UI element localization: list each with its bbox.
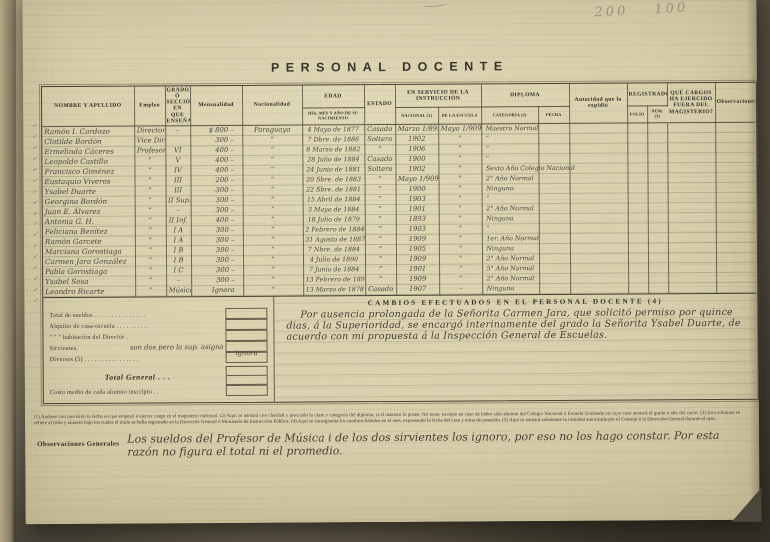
cell-value: 1906	[398, 145, 436, 154]
cell-serv_nac: 1901	[396, 264, 439, 274]
cell-serv_nac: 1903	[396, 224, 439, 234]
cell-value: Mayo 1/909	[441, 124, 479, 133]
cell-edad: 2 Febrero de 1884	[303, 225, 365, 235]
cell-estado: ”	[365, 244, 396, 254]
cell-value: ”	[246, 265, 301, 274]
cell-grado: VI	[165, 146, 190, 156]
cell-edad: 20 Sbre. de 1883	[302, 175, 364, 185]
summary-row: Diversos (5) . . . . . . . . . . . . . .…	[50, 353, 274, 365]
cell-value: Maestro Normal	[484, 124, 536, 133]
cell-mens: 300 –	[191, 275, 243, 285]
cell-serv_nac: 1905	[396, 244, 439, 254]
cell-folio	[627, 163, 647, 173]
cell-value: 300 –	[194, 266, 241, 275]
cell-value: ”	[484, 154, 536, 163]
cell-dip_cat: 5° Año Normal	[482, 263, 539, 273]
cell-mens: 300 –	[191, 205, 243, 215]
cell-value: $ 800 –	[193, 126, 240, 135]
col-header-grado: GRADO Ó SECCIÓN EN QUE ENSEÑA	[165, 86, 190, 125]
cell-num	[648, 283, 668, 293]
cell-name: Juan E. Álvarez	[43, 206, 135, 217]
cell-num	[648, 223, 668, 233]
cell-value: Marzo 1/895	[398, 125, 436, 134]
summary-value-box	[225, 319, 267, 330]
cell-value: ”	[484, 144, 536, 153]
cell-value: ”	[441, 154, 479, 163]
paper-edge-shade	[746, 0, 759, 520]
cell-mens: 400 –	[191, 215, 243, 225]
teacher-name: Francisco Giménez	[44, 166, 132, 176]
cell-aut	[570, 243, 628, 253]
cell-value: 1902	[398, 165, 436, 174]
cell-serv_esc: ”	[438, 144, 481, 154]
cell-serv_nac: 1909	[396, 274, 439, 284]
cell-value: 1902	[398, 135, 436, 144]
cell-serv_esc: ”	[439, 204, 482, 214]
cell-serv_esc: ”	[439, 194, 482, 204]
cell-value: 1909	[399, 275, 437, 284]
cell-grado: –	[166, 276, 191, 286]
cell-value: ”	[137, 246, 163, 255]
total-general-box	[226, 366, 268, 385]
cell-mens: 300 –	[191, 255, 243, 265]
col-header-servicio-escuela: DE LA ESCUELA	[438, 107, 481, 124]
cell-grado: I B	[166, 256, 191, 266]
cell-value: II Inf.	[168, 216, 188, 225]
cell-value: III	[168, 186, 188, 195]
table-frame: NOMBRE Y APELLIDO Empleo GRADO Ó SECCIÓN…	[41, 82, 759, 404]
cell-nac: ”	[243, 245, 303, 255]
cell-mens: 300 –	[191, 235, 243, 245]
cell-mens: 300 –	[191, 195, 243, 205]
cell-cargos	[668, 192, 716, 202]
cell-serv_nac: 1900	[395, 154, 438, 164]
cell-dip_fecha	[539, 273, 570, 283]
cell-value: 400 –	[193, 166, 240, 175]
cell-value: Sexto Año Colegio Nacional	[484, 164, 536, 173]
cell-grado: Música	[166, 286, 191, 296]
cell-cargos	[668, 252, 716, 262]
cell-value: ”	[368, 275, 394, 284]
cell-aut	[569, 163, 627, 173]
cell-value: Paraguaya	[245, 125, 300, 134]
corner-fold	[731, 488, 761, 522]
cell-name: Ramón Garcete	[43, 236, 135, 247]
cell-name: Marciana Gorostiaga	[43, 246, 135, 257]
cell-value: 1893	[398, 215, 436, 224]
cell-serv_nac: 1900	[396, 184, 439, 194]
cell-serv_esc: Mayo 1/909	[438, 124, 481, 134]
cell-value: Casado	[368, 285, 394, 294]
cell-dip_cat: ”	[482, 223, 539, 233]
cell-name: Pabla Gorostiaga	[43, 266, 135, 277]
footnotes: (1) Anótese con precisión la fecha en qu…	[34, 411, 740, 427]
cell-estado: ”	[365, 184, 396, 194]
cell-folio	[627, 143, 647, 153]
cell-grado: II Inf.	[166, 216, 191, 226]
summary-value-box: ignora	[226, 341, 268, 352]
cell-dip_cat: ”	[481, 153, 538, 163]
col-header-empleo: Empleo	[134, 86, 165, 126]
cell-empleo: ”	[135, 256, 166, 266]
cell-dip_fecha	[539, 173, 570, 183]
cell-value: ”	[246, 285, 301, 294]
cell-value: 4 Mayo de 1877	[305, 125, 362, 134]
cell-edad: 7 Nbre. de 1884	[303, 245, 365, 255]
summary-value-box	[225, 308, 267, 319]
cell-value: III	[168, 176, 188, 185]
col-header-mensualidad: Mensualidad	[190, 86, 242, 126]
teacher-name: Leandro Ricarte	[45, 286, 133, 296]
cell-serv_esc: ”	[439, 184, 482, 194]
cell-folio	[628, 203, 648, 213]
cell-value: ”	[245, 235, 300, 244]
cell-value: ”	[137, 196, 163, 205]
cell-serv_esc: ”	[438, 174, 481, 184]
cell-value: ”	[441, 184, 479, 193]
cell-aut	[570, 263, 628, 273]
col-header-nacionalidad: Nacionalidad	[242, 86, 302, 126]
cell-num	[648, 203, 668, 213]
col-header-estado: ESTADO	[364, 85, 395, 125]
cell-estado: ”	[364, 144, 395, 154]
cambios-section: CAMBIOS EFECTUADOS EN EL PERSONAL DOCENT…	[274, 294, 757, 402]
cell-value: ”	[137, 236, 163, 245]
cell-value: Ninguno	[485, 284, 537, 293]
cell-serv_esc: ”	[439, 234, 482, 244]
cell-value: 13 Febrero de 1892	[306, 275, 363, 284]
cell-nac: ”	[242, 175, 302, 185]
cell-dip_cat: ”	[482, 193, 539, 203]
cell-value: 1900	[398, 185, 436, 194]
pencil-mark-left: 200	[594, 4, 628, 20]
cell-serv_nac: Mayo 1/909	[395, 174, 438, 184]
pencil-mark-right: 100	[654, 0, 689, 18]
cell-num	[648, 173, 668, 183]
col-header-num: NÚM. (3)	[647, 106, 667, 123]
cell-folio	[628, 183, 648, 193]
cell-cargos	[667, 142, 715, 152]
cell-value: 24 Junio de 1881	[305, 165, 362, 174]
cell-value: ”	[245, 155, 300, 164]
cell-value: 2° Año Normal	[485, 254, 537, 263]
cambios-text: Por ausencia prolongada de la Señorita C…	[274, 305, 756, 343]
cell-edad: 15 Abril de 1884	[303, 195, 365, 205]
cell-value: 28 Julio de 1884	[305, 155, 362, 164]
cell-mens: 300 –	[191, 245, 243, 255]
cell-estado: Casado	[364, 124, 395, 134]
cell-value: 300 –	[193, 186, 240, 195]
cell-value: ”	[484, 224, 536, 233]
cell-value: 2 Febrero de 1884	[305, 225, 362, 234]
cell-value: ”	[245, 145, 300, 154]
cell-cargos	[668, 222, 716, 232]
cell-aut	[570, 223, 628, 233]
cell-value: ”	[245, 245, 300, 254]
summary-value-box	[225, 330, 267, 341]
cell-serv_nac: 1901	[396, 204, 439, 214]
cell-value: ”	[368, 265, 394, 274]
cell-value: ”	[367, 245, 393, 254]
col-header-cargos: QUÉ CARGOS HA EJERCIDO FUERA DEL MAGISTE…	[667, 83, 715, 123]
cell-edad: 13 Marzo de 1878	[303, 285, 365, 295]
cell-dip_cat: 1er. Año Normal	[482, 233, 539, 243]
cell-value: V	[168, 156, 188, 165]
cell-value: ”	[245, 195, 300, 204]
cell-aut	[570, 283, 628, 293]
teacher-name: Leopoldo Castillo	[44, 156, 132, 166]
cell-folio	[628, 173, 648, 183]
cell-serv_nac: 1906	[395, 144, 438, 154]
cell-nac: ”	[243, 225, 303, 235]
cell-empleo: ”	[134, 166, 165, 176]
cell-value: 300 –	[193, 246, 240, 255]
cell-value: ”	[137, 186, 163, 195]
cell-estado: ”	[365, 254, 396, 264]
cell-serv_esc: ”	[439, 264, 482, 274]
cell-aut	[569, 143, 627, 153]
cell-value: ”	[484, 134, 536, 143]
summary-rows: Total de sueldos . . . . . . . . . . . .…	[49, 309, 273, 365]
cell-value: 1900	[398, 155, 436, 164]
teacher-name: Pabla Gorostiaga	[45, 266, 133, 276]
cell-aut	[570, 213, 628, 223]
cell-empleo: ”	[135, 236, 166, 246]
cell-value: Profesora	[137, 146, 163, 155]
cell-aut	[570, 253, 628, 263]
total-general-label: Total General . . .	[50, 372, 226, 382]
bottom-section: Total de sueldos . . . . . . . . . . . .…	[43, 293, 757, 403]
summary-label: " " " habitación del Director .	[49, 333, 225, 341]
cell-serv_esc: ”	[438, 164, 481, 174]
observaciones-generales: Observaciones Generales Los sueldos del …	[37, 429, 743, 459]
table-header: NOMBRE Y APELLIDO Empleo GRADO Ó SECCIÓN…	[42, 83, 755, 127]
cell-aut	[570, 233, 628, 243]
cell-value: ”	[367, 205, 393, 214]
cell-value: ”	[137, 256, 163, 265]
cell-value: 300 –	[193, 196, 240, 205]
cell-folio	[628, 213, 648, 223]
cell-dip_fecha	[539, 233, 570, 243]
summary-value-box	[226, 352, 268, 363]
cell-empleo: ”	[134, 176, 165, 186]
cell-nac: ”	[243, 185, 303, 195]
cell-aut	[569, 123, 627, 133]
cell-value: 2° Año Normal	[484, 174, 536, 183]
cell-dip_cat: ”	[481, 143, 538, 153]
cell-name: Georgina Bordón	[43, 196, 135, 207]
cell-value: 18 Julio de 1879	[305, 215, 362, 224]
cell-dip_fecha	[539, 283, 570, 293]
cell-value: 8 Marzo de 1882	[305, 145, 362, 154]
cell-dip_fecha	[538, 133, 569, 143]
cell-estado: Soltera	[364, 134, 395, 144]
cell-empleo: ”	[134, 156, 165, 166]
cell-value: ”	[367, 175, 393, 184]
cell-cargos	[668, 242, 716, 252]
page-title: PERSONAL DOCENTE	[23, 58, 757, 76]
cell-value: ”	[138, 276, 164, 285]
cell-edad: 31 Agosto de 1887	[303, 235, 365, 245]
cell-grado: II Sup.	[166, 196, 191, 206]
cell-value: Ninguno	[484, 184, 536, 193]
cell-value: 15 Abril de 1884	[305, 195, 362, 204]
cell-grado: –	[165, 126, 190, 136]
cell-grado: I B	[166, 246, 191, 256]
total-box-upper	[227, 367, 267, 376]
cell-nac: ”	[243, 285, 303, 295]
cell-mens: 400 –	[190, 155, 242, 165]
cell-estado: ”	[365, 234, 396, 244]
cell-dip_cat: 2° Año Normal	[482, 273, 539, 283]
cell-dip_fecha	[539, 183, 570, 193]
cell-nac: ”	[242, 155, 302, 165]
cell-value: ”	[441, 244, 479, 253]
cell-folio	[628, 223, 648, 233]
cell-value: II Sup.	[168, 196, 188, 205]
cell-folio	[627, 123, 647, 133]
cell-cargos	[668, 272, 716, 282]
cell-value: 200 –	[193, 176, 240, 185]
cell-dip_cat: Ninguna	[482, 213, 539, 223]
cell-edad: 8 Marzo de 1882	[302, 145, 364, 155]
teacher-name: Marciana Gorostiaga	[45, 246, 133, 256]
cell-grado: I A	[166, 236, 191, 246]
observaciones-label: Observaciones Generales	[37, 433, 119, 460]
cell-empleo: ”	[135, 246, 166, 256]
personnel-table: NOMBRE Y APELLIDO Empleo GRADO Ó SECCIÓN…	[42, 83, 756, 297]
col-header-diploma-categoria: CATEGORÍA (2)	[481, 106, 538, 123]
observaciones-text: Los sueldos del Profesor de Música i de …	[119, 429, 743, 459]
cell-edad: 3 Mayo de 1884	[303, 205, 365, 215]
cell-value: ”	[442, 264, 480, 273]
cell-value: 1909	[398, 235, 436, 244]
cell-value: I B	[168, 256, 188, 265]
teacher-name: Ramón I. Cardozo	[44, 126, 132, 136]
cell-serv_esc: –	[439, 284, 482, 294]
cell-estado: ”	[364, 174, 395, 184]
cell-serv_nac: 1909	[396, 254, 439, 264]
cell-mens: 400 –	[190, 145, 242, 155]
cell-value: Ninguna	[484, 214, 536, 223]
cell-dip_cat: Ninguno	[482, 283, 539, 293]
cell-folio	[628, 273, 648, 283]
cell-edad: 4 Julio de 1890	[303, 255, 365, 265]
costo-medio-label: Costo medio de cada alumno inscripto . .	[50, 388, 226, 396]
cell-value: 400 –	[193, 216, 240, 225]
cell-edad: 18 Julio de 1879	[303, 215, 365, 225]
summary-label: Total de sueldos . . . . . . . . . . . .…	[49, 311, 225, 319]
cell-name: Ysabel Sosa	[43, 276, 135, 287]
cell-value: Mayo 1/909	[398, 175, 436, 184]
cell-cargos	[667, 152, 715, 162]
cell-cargos	[667, 132, 715, 142]
cell-value: 300 –	[193, 236, 240, 245]
cell-nac: ”	[243, 235, 303, 245]
cell-dip_fecha	[539, 193, 570, 203]
summary-label: Alquiler de casa-escuela . . . . . . . .…	[49, 322, 225, 330]
cell-value: ”	[367, 195, 393, 204]
cell-serv_nac: 1902	[395, 164, 438, 174]
teacher-name: Ermelinda Cáceres	[44, 146, 132, 156]
cell-nac: ”	[243, 275, 303, 285]
cell-folio	[628, 193, 648, 203]
cell-serv_esc: ”	[438, 154, 481, 164]
cell-value: ”	[246, 275, 301, 284]
costo-medio-row: Costo medio de cada alumno inscripto . .	[50, 386, 274, 398]
cell-estado: Casado	[364, 154, 395, 164]
cell-value: 4 Julio de 1890	[305, 255, 362, 264]
cell-value: ”	[138, 286, 164, 295]
cell-name: Leandro Ricarte	[43, 286, 135, 297]
cell-cargos	[668, 232, 716, 242]
cell-value: 400 –	[193, 146, 240, 155]
cell-folio	[628, 263, 648, 273]
cell-name: Carmen Jara González	[43, 256, 135, 267]
cell-value: 2° Año Normal	[484, 204, 536, 213]
cell-num	[648, 193, 668, 203]
teacher-name: Clotilde Bordón	[44, 136, 132, 146]
cell-value: –	[169, 276, 189, 285]
cell-value: ”	[441, 144, 479, 153]
cell-estado: Casado	[365, 284, 396, 294]
cell-value: 1901	[399, 265, 437, 274]
cell-value: I C	[169, 266, 189, 275]
pencil-squiggle	[422, 0, 448, 8]
col-header-registrado: REGISTRADO	[627, 83, 667, 106]
cell-value: –	[442, 284, 480, 293]
col-header-autoridad: Autoridad que lo expidió	[569, 84, 627, 124]
cell-value: Ninguna	[484, 244, 536, 253]
cell-cargos	[667, 122, 715, 132]
total-box-lower	[227, 376, 267, 385]
cell-mens: 300 –	[190, 135, 242, 145]
cell-serv_esc: ”	[438, 134, 481, 144]
cell-value: 7 Junio de 1884	[306, 265, 363, 274]
cell-grado: IV	[165, 166, 190, 176]
cell-value: 300 –	[194, 276, 241, 285]
cell-edad: 4 Mayo de 1877	[302, 125, 364, 135]
cell-estado: Soltero	[364, 164, 395, 174]
cell-value: 1er. Año Normal	[484, 234, 536, 243]
cell-serv_nac: 1907	[396, 284, 439, 294]
cell-value: ”	[441, 204, 479, 213]
cell-mens: Ignora	[191, 285, 243, 295]
cell-dip_fecha	[539, 243, 570, 253]
cell-dip_cat: 2° Año Normal	[482, 253, 539, 263]
cell-aut	[570, 203, 628, 213]
cell-value: 1903	[398, 195, 436, 204]
cell-empleo: Director	[134, 126, 165, 136]
cell-serv_esc: ”	[439, 274, 482, 284]
cell-nac: ”	[243, 255, 303, 265]
cell-dip_fecha	[539, 263, 570, 273]
cell-value: ”	[367, 185, 393, 194]
col-header-edad: EDAD	[302, 85, 364, 108]
cell-value: 31 Agosto de 1887	[305, 235, 362, 244]
cell-value: ”	[441, 224, 479, 233]
cell-empleo: ”	[135, 266, 166, 276]
cell-value: 20 Sbre. de 1883	[305, 175, 362, 184]
cell-value: 300 –	[193, 226, 240, 235]
cell-value: 1901	[398, 205, 436, 214]
col-header-servicio-nacional: NACIONAL (1)	[395, 107, 438, 124]
cell-cargos	[667, 162, 715, 172]
cell-folio	[628, 283, 648, 293]
cell-value: Director	[137, 126, 163, 135]
cell-value: ”	[137, 226, 163, 235]
cell-value: ”	[245, 135, 300, 144]
